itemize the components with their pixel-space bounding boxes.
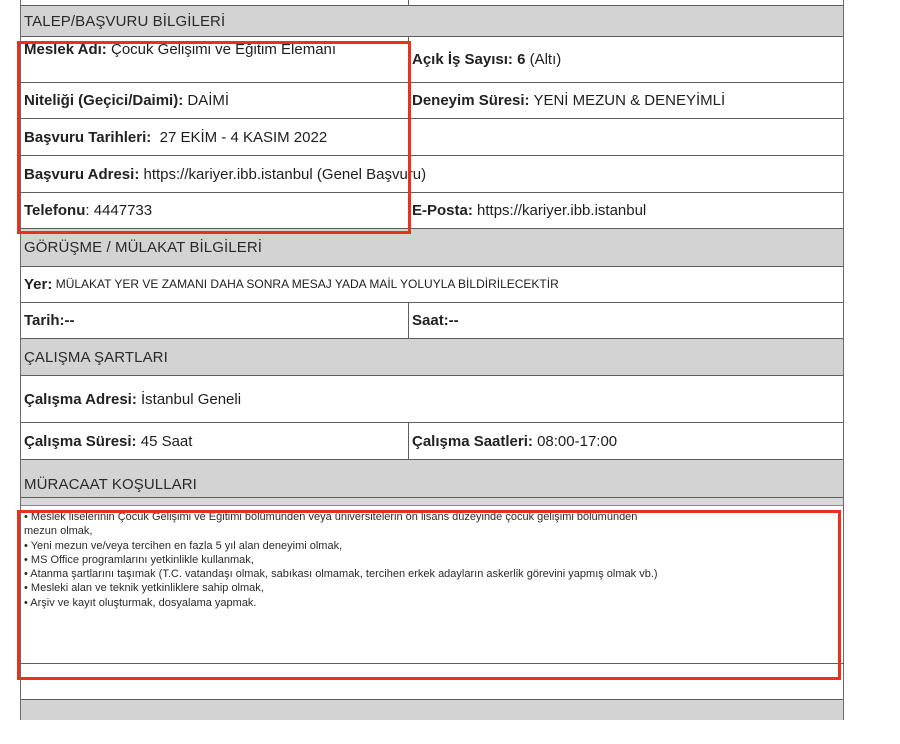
basvuru-adres-cell: Başvuru Adresi: https://kariyer.ibb.ista…: [21, 156, 843, 192]
condition-item: • Atanma şartlarını taşımak (T.C. vatand…: [24, 567, 840, 581]
telefon-value: : 4447733: [85, 202, 152, 219]
nitelik-row: Niteliği (Geçici/Daimi): DAİMİ Deneyim S…: [21, 83, 843, 119]
basvuru-adres-link[interactable]: https://kariyer.ibb.istanbul (Genel Başv…: [139, 166, 426, 183]
tarih-saat-row: Tarih:-- Saat:--: [21, 303, 843, 339]
telefon-row: Telefonu: 4447733 E-Posta: https://kariy…: [21, 193, 843, 229]
empty-bottom-cell: [21, 664, 843, 699]
section-header-muracaat: MÜRACAAT KOŞULLARI: [21, 460, 843, 498]
next-section-header-partial: [21, 700, 843, 720]
talep-header-text: TALEP/BAŞVURU BİLGİLERİ: [21, 6, 843, 36]
yer-row: Yer: MÜLAKAT YER VE ZAMANI DAHA SONRA ME…: [21, 267, 843, 303]
calisma-adres-value: İstanbul Geneli: [137, 391, 241, 408]
condition-item: • Arşiv ve kayıt oluşturmak, dosyalama y…: [24, 596, 840, 610]
calisma-saat-cell: Çalışma Saatleri: 08:00-17:00: [409, 423, 843, 459]
yer-cell: Yer: MÜLAKAT YER VE ZAMANI DAHA SONRA ME…: [21, 267, 843, 302]
calisma-sure-label: Çalışma Süresi:: [24, 433, 137, 450]
condition-item: • Meslek liselerinin Çocuk Gelişimi ve E…: [24, 510, 840, 524]
muracaat-header-text: MÜRACAAT KOŞULLARI: [21, 476, 843, 497]
nitelik-cell: Niteliği (Geçici/Daimi): DAİMİ: [21, 83, 409, 118]
empty-bottom-row: [21, 664, 843, 700]
basvuru-tarih-label: Başvuru Tarihleri:: [24, 129, 151, 146]
basvuru-adres-label: Başvuru Adresi:: [24, 166, 139, 183]
tarih-cell: Tarih:--: [21, 303, 409, 338]
meslek-label: Meslek Adı:: [24, 41, 107, 58]
meslek-row: Meslek Adı: Çocuk Gelişimi ve Eğitim Ele…: [21, 37, 843, 83]
acik-is-text: (Altı): [525, 51, 561, 68]
yer-value: MÜLAKAT YER VE ZAMANI DAHA SONRA MESAJ Y…: [52, 276, 558, 293]
job-posting-table: TALEP/BAŞVURU BİLGİLERİ Meslek Adı: Çocu…: [20, 0, 844, 720]
gorusme-header-text: GÖRÜŞME / MÜLAKAT BİLGİLERİ: [21, 229, 843, 266]
telefon-label: Telefonu: [24, 202, 85, 219]
section-header-gorusme: GÖRÜŞME / MÜLAKAT BİLGİLERİ: [21, 229, 843, 267]
saat-label: Saat:--: [412, 312, 459, 329]
calisma-adres-cell: Çalışma Adresi: İstanbul Geneli: [21, 376, 843, 422]
deneyim-label: Deneyim Süresi:: [412, 92, 530, 109]
eposta-cell: E-Posta: https://kariyer.ibb.istanbul: [409, 193, 843, 228]
tarih-label: Tarih:--: [24, 312, 75, 329]
acik-is-cell: Açık İş Sayısı: 6 (Altı): [409, 37, 843, 82]
nitelik-value: DAİMİ: [183, 92, 229, 109]
calisma-sure-value: 45 Saat: [137, 433, 193, 450]
telefon-cell: Telefonu: 4447733: [21, 193, 409, 228]
section-header-calisma: ÇALIŞMA ŞARTLARI: [21, 339, 843, 376]
calisma-sure-row: Çalışma Süresi: 45 Saat Çalışma Saatleri…: [21, 423, 843, 460]
partial-cell-right: [409, 0, 843, 5]
section-header-talep: TALEP/BAŞVURU BİLGİLERİ: [21, 6, 843, 37]
calisma-sure-cell: Çalışma Süresi: 45 Saat: [21, 423, 409, 459]
basvuru-adres-row: Başvuru Adresi: https://kariyer.ibb.ista…: [21, 156, 843, 193]
eposta-link[interactable]: https://kariyer.ibb.istanbul: [473, 202, 646, 219]
acik-is-number: 6: [513, 51, 526, 68]
basvuru-tarih-value: 27 EKİM - 4 KASIM 2022: [151, 129, 327, 146]
acik-is-label: Açık İş Sayısı:: [412, 51, 513, 68]
calisma-header-text: ÇALIŞMA ŞARTLARI: [21, 339, 843, 375]
basvuru-tarih-cell: Başvuru Tarihleri: 27 EKİM - 4 KASIM 202…: [21, 119, 409, 155]
condition-item: mezun olmak,: [24, 524, 840, 538]
muracaat-spacer: [21, 498, 843, 506]
basvuru-tarih-row: Başvuru Tarihleri: 27 EKİM - 4 KASIM 202…: [21, 119, 843, 156]
yer-label: Yer:: [24, 276, 52, 293]
condition-item: • Yeni mezun ve/veya tercihen en fazla 5…: [24, 539, 840, 553]
eposta-label: E-Posta:: [412, 202, 473, 219]
deneyim-value: YENİ MEZUN & DENEYİMLİ: [530, 92, 726, 109]
empty-cell: [409, 119, 843, 155]
nitelik-label: Niteliği (Geçici/Daimi):: [24, 92, 183, 109]
muracaat-conditions-row: • Meslek liselerinin Çocuk Gelişimi ve E…: [21, 506, 843, 664]
deneyim-cell: Deneyim Süresi: YENİ MEZUN & DENEYİMLİ: [409, 83, 843, 118]
meslek-value: Çocuk Gelişimi ve Eğitim Elemanı: [107, 41, 336, 58]
meslek-cell: Meslek Adı: Çocuk Gelişimi ve Eğitim Ele…: [21, 37, 409, 82]
calisma-saat-label: Çalışma Saatleri:: [412, 433, 533, 450]
calisma-adres-label: Çalışma Adresi:: [24, 391, 137, 408]
muracaat-conditions-list: • Meslek liselerinin Çocuk Gelişimi ve E…: [21, 506, 843, 663]
calisma-saat-value: 08:00-17:00: [533, 433, 617, 450]
condition-item: • Mesleki alan ve teknik yetkinliklere s…: [24, 581, 840, 595]
condition-item: • MS Office programlarını yetkinlikle ku…: [24, 553, 840, 567]
saat-cell: Saat:--: [409, 303, 843, 338]
partial-cell-left: [21, 0, 409, 5]
calisma-adres-row: Çalışma Adresi: İstanbul Geneli: [21, 376, 843, 423]
